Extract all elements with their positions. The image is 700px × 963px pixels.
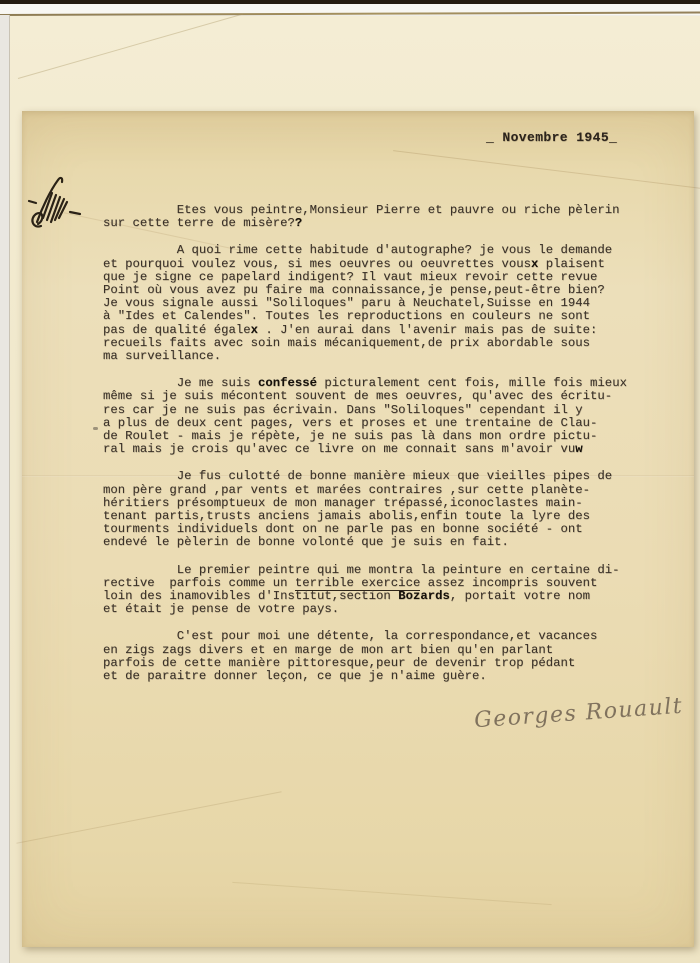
letter-paragraph: Je fus culotté de bonne manière mieux qu…	[103, 470, 648, 549]
text-segment: sur cette terre de misère?	[103, 216, 295, 230]
text-segment: Je vous signale aussi "Soliloques" paru …	[103, 296, 590, 310]
text-segment: et était je pense de votre pays.	[103, 602, 339, 616]
text-segment: a plus de deux cent pages, vers et prose…	[103, 416, 597, 430]
text-segment: et de paraitre donner leçon, ce que je n…	[103, 669, 487, 683]
text-line: et était je pense de votre pays.	[103, 603, 648, 616]
text-line: ma surveillance.	[103, 350, 648, 363]
text-segment: de Roulet - mais je répète, je ne suis p…	[103, 429, 597, 443]
ink-scribble-icon	[27, 173, 85, 235]
text-segment: parfois de cette manière pittoresque,peu…	[103, 656, 575, 670]
text-segment: plaisent	[538, 257, 604, 271]
text-segment: loin des inamovibles d'Institut,section	[103, 589, 398, 603]
text-segment: picturalement cent fois, mille fois mieu…	[317, 376, 627, 390]
letter-paragraph: A quoi rime cette habitude d'autographe?…	[103, 244, 648, 363]
text-segment: héritiers présomptueux de mon manager tr…	[103, 496, 583, 510]
text-segment: ral mais je crois qu'avec ce livre on me…	[103, 442, 575, 456]
text-segment: res car je ne suis pas écrivain. Dans "S…	[103, 403, 583, 417]
text-segment: . J'en aurai dans l'avenir mais pas de s…	[258, 323, 597, 337]
emphasized-text: w	[575, 442, 582, 456]
paper-speck	[93, 427, 98, 430]
text-segment: et pourquoi voulez vous, si mes oeuvres …	[103, 257, 531, 271]
paper-crease	[16, 791, 281, 844]
letter-paragraph: Le premier peintre qui me montra la pein…	[103, 564, 648, 617]
emphasized-text: Bozards	[398, 589, 450, 603]
letter-paragraph: Je me suis confessé picturalement cent f…	[103, 377, 648, 456]
text-segment: même si je suis mécontent souvent de mes…	[103, 389, 612, 403]
text-segment: A quoi rime cette habitude d'autographe?…	[103, 243, 612, 257]
emphasized-text: ?	[295, 216, 302, 230]
text-segment: rective parfois comme un	[103, 576, 295, 590]
text-segment: à "Ides et Calendes". Toutes les reprodu…	[103, 309, 590, 323]
letter-sheet: _ Novembre 1945_ Etes vous peintre,Monsi…	[22, 111, 694, 947]
mount-fold-crease	[18, 13, 244, 79]
text-line: ral mais je crois qu'avec ce livre on me…	[103, 443, 648, 456]
letter-paragraph: C'est pour moi une détente, la correspon…	[103, 630, 648, 683]
emphasized-text: x	[251, 323, 258, 337]
emphasized-text: confessé	[258, 376, 317, 390]
text-segment: , portait votre nom	[450, 589, 590, 603]
text-segment: Je me suis	[103, 376, 258, 390]
paper-crease	[393, 150, 700, 189]
text-line: sur cette terre de misère??	[103, 217, 648, 230]
text-segment: Le premier peintre qui me montra la pein…	[103, 563, 620, 577]
text-line: et de paraitre donner leçon, ce que je n…	[103, 670, 648, 683]
text-segment: pas de qualité égale	[103, 323, 251, 337]
text-segment: en zigs zags divers et en marge de mon a…	[103, 643, 553, 657]
ink-scribble-mark	[27, 173, 85, 235]
text-segment: assez incompris souvent	[420, 576, 597, 590]
scan-edge-left	[0, 15, 10, 963]
text-segment: ma surveillance.	[103, 349, 221, 363]
text-segment: endevé le pèlerin de bonne volonté que j…	[103, 535, 509, 549]
text-segment: recueils faits avec soin mais mécaniquem…	[103, 336, 590, 350]
text-line: endevé le pèlerin de bonne volonté que j…	[103, 536, 648, 549]
signature: Georges Rouault	[473, 694, 684, 734]
paper-crease	[232, 882, 551, 905]
letter-paragraph: Etes vous peintre,Monsieur Pierre et pau…	[103, 204, 648, 230]
text-segment: Je fus culotté de bonne manière mieux qu…	[103, 469, 612, 483]
text-segment: mon père grand ,par vents et marées cont…	[103, 483, 590, 497]
letter-date: _ Novembre 1945_	[486, 130, 617, 145]
text-segment: Point où vous avez pu faire ma connaissa…	[103, 283, 605, 297]
letter-body: Etes vous peintre,Monsieur Pierre et pau…	[103, 204, 648, 697]
text-segment: que je signe ce papelard indigent? Il va…	[103, 270, 597, 284]
text-segment: tourments individuels dont on ne parle p…	[103, 522, 583, 536]
text-segment: C'est pour moi une détente, la correspon…	[103, 629, 597, 643]
text-segment: tenant partis,trusts anciens jamais abol…	[103, 509, 590, 523]
text-segment: Etes vous peintre,Monsieur Pierre et pau…	[103, 203, 620, 217]
